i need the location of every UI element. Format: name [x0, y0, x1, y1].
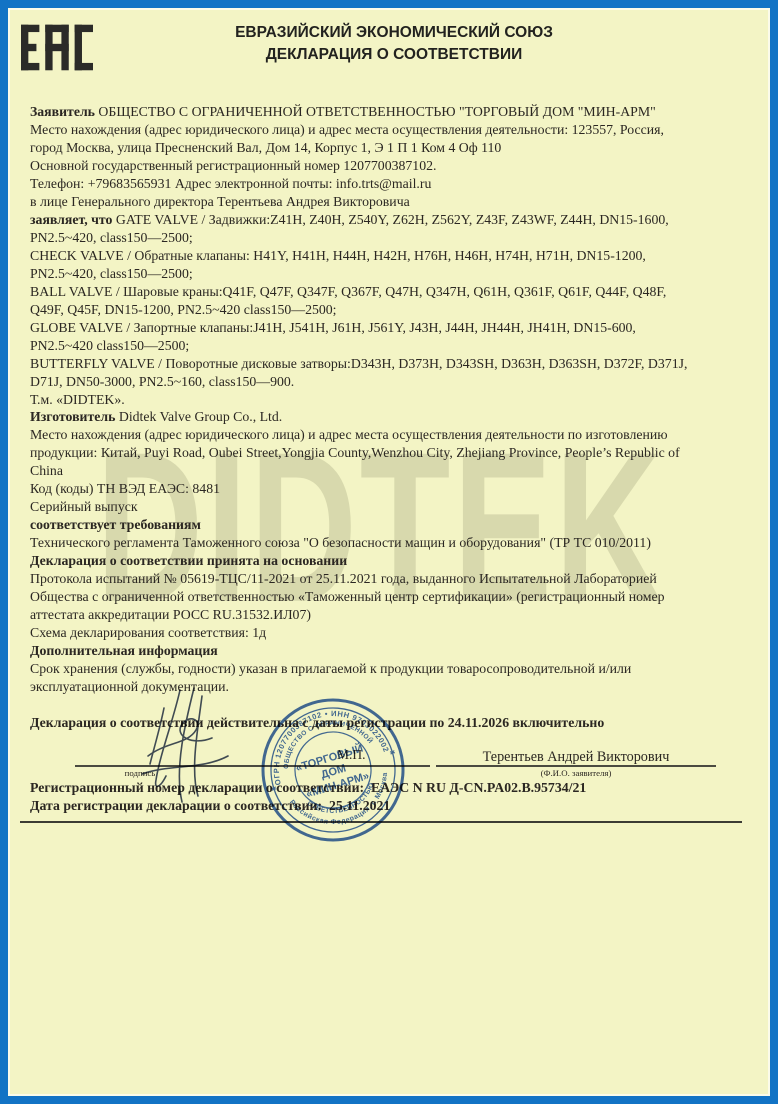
- body-line: PN2.5~420, class150—2500;: [30, 229, 750, 247]
- body-line: Основной государственный регистрационный…: [30, 157, 750, 175]
- body-line: Т.м. «DIDTEK».: [30, 391, 750, 409]
- company-stamp: ОГРН 1207700387102 • ИНН 9703022002 Росс…: [257, 694, 409, 846]
- body-line: продукции: Китай, Puyi Road, Oubei Stree…: [30, 444, 750, 462]
- handwritten-signature: [136, 684, 276, 810]
- applicant-name: Терентьев Андрей Викторович: [436, 749, 716, 766]
- body-line: соответствует требованиям: [30, 516, 750, 534]
- body-line: Заявитель ОБЩЕСТВО С ОГРАНИЧЕННОЙ ОТВЕТС…: [30, 103, 750, 121]
- body-line: China: [30, 462, 750, 480]
- body-line: в лице Генерального директора Терентьева…: [30, 193, 750, 211]
- body-line: BALL VALVE / Шаровые краны:Q41F, Q47F, Q…: [30, 283, 750, 301]
- body-line: CHECK VALVE / Обратные клапаны: H41Y, H4…: [30, 247, 750, 265]
- document-body: Заявитель ОБЩЕСТВО С ОГРАНИЧЕННОЙ ОТВЕТС…: [30, 103, 750, 732]
- header-union-title: ЕВРАЗИЙСКИЙ ЭКОНОМИЧЕСКИЙ СОЮЗ: [40, 22, 748, 44]
- body-line: заявляет, что GATE VALVE / Задвижки:Z41H…: [30, 211, 750, 229]
- body-line: D71J, DN50-3000, PN2.5~160, class150—900…: [30, 373, 750, 391]
- applicant-name-caption: (Ф.И.О. заявителя): [436, 768, 716, 778]
- stamp-star-right: ✱: [389, 748, 397, 757]
- body-line: Код (коды) ТН ВЭД ЕАЭС: 8481: [30, 480, 750, 498]
- body-line: Изготовитель Didtek Valve Group Co., Ltd…: [30, 408, 750, 426]
- body-line: GLOBE VALVE / Запортные клапаны:J41H, J5…: [30, 319, 750, 337]
- body-line: Телефон: +79683565931 Адрес электронной …: [30, 175, 750, 193]
- body-line: PN2.5~420, class150—2500;: [30, 265, 750, 283]
- body-line: Срок хранения (службы, годности) указан …: [30, 660, 750, 678]
- body-line: Дополнительная информация: [30, 642, 750, 660]
- document-header: ЕВРАЗИЙСКИЙ ЭКОНОМИЧЕСКИЙ СОЮЗ ДЕКЛАРАЦИ…: [40, 22, 748, 66]
- body-line: Q49F, Q45F, DN15-1200, PN2.5~420 class15…: [30, 301, 750, 319]
- declaration-document: ЕВРАЗИЙСКИЙ ЭКОНОМИЧЕСКИЙ СОЮЗ ДЕКЛАРАЦИ…: [0, 0, 778, 1104]
- body-line: Схема декларирования соответствия: 1д: [30, 624, 750, 642]
- body-line: город Москва, улица Пресненский Вал, Дом…: [30, 139, 750, 157]
- body-line: Декларация о соответствии принята на осн…: [30, 552, 750, 570]
- body-line: Серийный выпуск: [30, 498, 750, 516]
- body-line: PN2.5~420 class150—2500;: [30, 337, 750, 355]
- header-doc-title: ДЕКЛАРАЦИЯ О СООТВЕТСТВИИ: [40, 44, 748, 66]
- body-line: Место нахождения (адрес юридического лиц…: [30, 121, 750, 139]
- body-line: аттестата аккредитации РОСС RU.31532.ИЛ0…: [30, 606, 750, 624]
- body-line: BUTTERFLY VALVE / Поворотные дисковые за…: [30, 355, 750, 373]
- body-line: Технического регламента Таможенного союз…: [30, 534, 750, 552]
- body-line: Общества с ограниченной ответственностью…: [30, 588, 750, 606]
- body-line: Протокола испытаний № 05619-ТЦС/11-2021 …: [30, 570, 750, 588]
- body-line: Место нахождения (адрес юридического лиц…: [30, 426, 750, 444]
